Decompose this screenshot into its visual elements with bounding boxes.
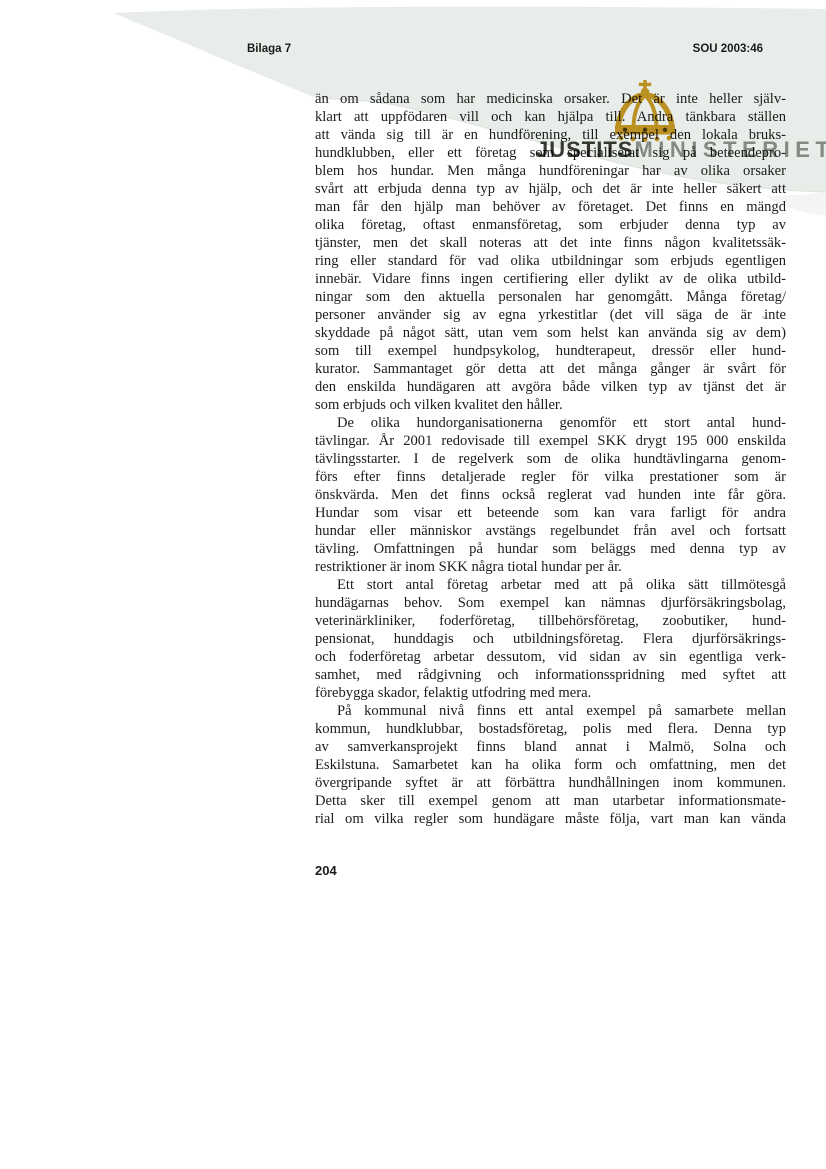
- body-text-line: Detta sker till exempel genom att man ut…: [315, 792, 786, 810]
- body-text-line: svårt att erbjuda denna typ av hjälp, oc…: [315, 180, 786, 198]
- body-text-line: som till exempel hundpsykolog, hundterap…: [315, 342, 786, 360]
- page-number: 204: [315, 863, 337, 878]
- stamp-text-light: MINISTERIET: [634, 137, 826, 162]
- body-text-line: önskvärda. Men det finns också reglerat …: [315, 486, 786, 504]
- body-text-line: tävlingar. År 2001 redovisade till exemp…: [315, 432, 786, 450]
- body-text-line: olika företag, oftast enmansföretag, som…: [315, 216, 786, 234]
- body-text-line: hundägarnas behov. Som exempel kan nämna…: [315, 594, 786, 612]
- body-text-line: övergripande syftet är att förbättra hun…: [315, 774, 786, 792]
- body-text-line: förebygga skador, felaktig utfodring med…: [315, 684, 786, 702]
- body-text-line: som erbjuds och vilken kvalitet den håll…: [315, 396, 786, 414]
- header-report-number: SOU 2003:46: [693, 43, 763, 55]
- ministry-stamp-text: JUSTITSMINISTERIET: [536, 139, 826, 161]
- body-text-line: ring eller standard för vad olika utbild…: [315, 252, 786, 270]
- body-text-line: av samverkansprojekt finns bland annat i…: [315, 738, 786, 756]
- body-text-line: kurator. Sammantaget gör detta att det m…: [315, 360, 786, 378]
- body-text-line: pensionat, hunddagis och utbildningsföre…: [315, 630, 786, 648]
- body-text-line: och foderföretag arbetar dessutom, vid s…: [315, 648, 786, 666]
- body-text-line: den enskilda hundägaren att avgöra både …: [315, 378, 786, 396]
- body-text-line: Ett stort antal företag arbetar med att …: [315, 576, 786, 594]
- body-text-line: Eskilstuna. Samarbetet kan ha olika form…: [315, 756, 786, 774]
- body-text-line: personer använder sig av egna yrkestitla…: [315, 306, 786, 324]
- body-text-line: På kommunal nivå finns ett antal exempel…: [315, 702, 786, 720]
- body-text-line: De olika hundorganisationerna genomför e…: [315, 414, 786, 432]
- header-appendix-label: Bilaga 7: [247, 43, 291, 55]
- body-text-line: än om sådana som har medicinska orsaker.…: [315, 90, 786, 108]
- body-text-line: tjänster, men det skall noteras att det …: [315, 234, 786, 252]
- body-text-line: restriktioner är inom SKK några tiotal h…: [315, 558, 786, 576]
- body-text-line: man får den hjälp man behöver av företag…: [315, 198, 786, 216]
- body-text-line: blem hos hundar. Men många hundföreninga…: [315, 162, 786, 180]
- body-text-line: kommun, hundklubbar, bostadsföretag, pol…: [315, 720, 786, 738]
- body-text-line: tävlingsstarter. I de regelverk som de o…: [315, 450, 786, 468]
- royal-crown-icon: [612, 80, 678, 144]
- scanned-document-page: Bilaga 7 SOU 2003:46 än om sådana som ha…: [0, 0, 826, 1169]
- body-text-line: samhet, med rådgivning och informationss…: [315, 666, 786, 684]
- stamp-text-bold: JUSTITS: [536, 137, 633, 162]
- body-text-line: klart att uppfödaren vill och kan hjälpa…: [315, 108, 786, 126]
- body-text-line: veterinärkliniker, foderföretag, tillbeh…: [315, 612, 786, 630]
- body-text-line: hundar eller människor avstängs regelbun…: [315, 522, 786, 540]
- body-text-line: innebär. Vidare finns ingen certifiering…: [315, 270, 786, 288]
- body-text-line: skyddade på något sätt, utan vem som hel…: [315, 324, 786, 342]
- body-text-line: Hundar som visar ett beteende som kan va…: [315, 504, 786, 522]
- body-text-line: rial om vilka regler som hundägare måste…: [315, 810, 786, 828]
- body-text-line: förs efter finns detaljerade regler för …: [315, 468, 786, 486]
- body-text: än om sådana som har medicinska orsaker.…: [315, 90, 786, 828]
- body-text-line: ningar som den aktuella personalen har g…: [315, 288, 786, 306]
- body-text-line: tävling. Omfattningen på hundar som belä…: [315, 540, 786, 558]
